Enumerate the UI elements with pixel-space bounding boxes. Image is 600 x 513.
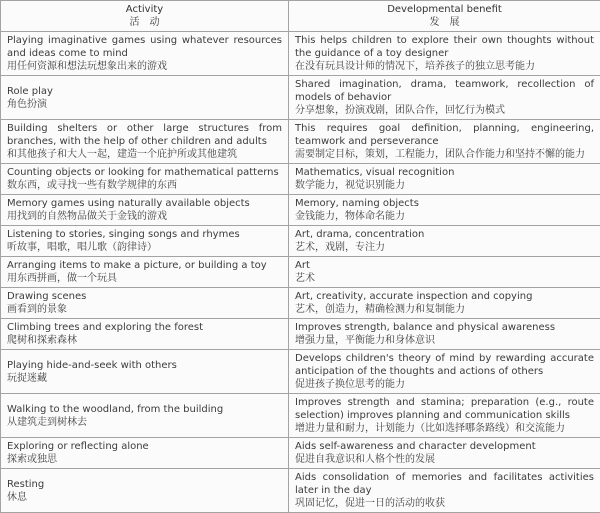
table-row: Listening to stories, singing songs and … xyxy=(1,226,600,257)
table-row: Drawing scenes 画看到的景象 Art, creativity, a… xyxy=(1,288,600,319)
table-row: Playing imaginative games using whatever… xyxy=(1,32,600,76)
benefit-text-zh: 艺术 xyxy=(295,272,594,285)
activity-text-zh: 用东西拼画，做一个玩具 xyxy=(7,272,282,285)
activity-cell: Playing imaginative games using whatever… xyxy=(1,32,289,76)
activity-text-en: Drawing scenes xyxy=(7,290,282,303)
table-row: Exploring or reflecting alone 探索或独思 Aids… xyxy=(1,438,600,469)
benefit-text-zh: 增进力量和耐力，计划能力（比如选择哪条路线）和交流能力 xyxy=(295,422,594,435)
benefit-text-en: Aids self-awareness and character develo… xyxy=(295,440,594,453)
activity-text-en: Role play xyxy=(7,85,282,98)
benefit-cell: This helps children to explore their own… xyxy=(289,32,600,76)
benefit-text-zh: 数学能力，视觉识别能力 xyxy=(295,179,594,192)
benefit-text-en: Art xyxy=(295,259,594,272)
benefit-text-zh: 艺术，戏剧，专注力 xyxy=(295,241,594,254)
table-row: Counting objects or looking for mathemat… xyxy=(1,164,600,195)
table-row: Walking to the woodland, from the buildi… xyxy=(1,394,600,438)
benefit-text-en: Aids consolidation of memories and facil… xyxy=(295,471,594,497)
activity-cell: Walking to the woodland, from the buildi… xyxy=(1,394,289,438)
activity-cell: Role play 角色扮演 xyxy=(1,76,289,120)
activity-benefit-table: Activity 活 动 Developmental benefit 发 展 P… xyxy=(0,0,600,513)
activity-header-en: Activity xyxy=(7,3,282,16)
activity-text-zh: 玩捉迷藏 xyxy=(7,372,282,385)
benefit-text-en: Art, drama, concentration xyxy=(295,228,594,241)
activity-text-en: Counting objects or looking for mathemat… xyxy=(7,166,282,179)
activity-cell: Counting objects or looking for mathemat… xyxy=(1,164,289,195)
activity-cell: Building shelters or other large structu… xyxy=(1,120,289,164)
activity-text-zh: 画看到的景象 xyxy=(7,303,282,316)
benefit-cell: This requires goal definition, planning,… xyxy=(289,120,600,164)
table-row: Memory games using naturally available o… xyxy=(1,195,600,226)
benefit-text-en: This requires goal definition, planning,… xyxy=(295,122,594,148)
benefit-text-en: This helps children to explore their own… xyxy=(295,34,594,60)
benefit-text-zh: 增强力量，平衡能力和身体意识 xyxy=(295,334,594,347)
benefit-text-en: Memory, naming objects xyxy=(295,197,594,210)
activity-text-en: Playing imaginative games using whatever… xyxy=(7,34,282,60)
activity-text-zh: 用任何资源和想法玩想象出来的游戏 xyxy=(7,60,282,73)
benefit-text-en: Improves strength, balance and physical … xyxy=(295,321,594,334)
table-row: Building shelters or other large structu… xyxy=(1,120,600,164)
activity-cell: Exploring or reflecting alone 探索或独思 xyxy=(1,438,289,469)
activity-text-en: Resting xyxy=(7,478,282,491)
benefit-text-en: Mathematics, visual recognition xyxy=(295,166,594,179)
activity-text-zh: 用找到的自然物品做关于金钱的游戏 xyxy=(7,210,282,223)
table-row: Role play 角色扮演 Shared imagination, drama… xyxy=(1,76,600,120)
activity-cell: Memory games using naturally available o… xyxy=(1,195,289,226)
activity-cell: Arranging items to make a picture, or bu… xyxy=(1,257,289,288)
benefit-text-zh: 需要制定目标，策划，工程能力，团队合作能力和坚持不懈的能力 xyxy=(295,148,594,161)
benefit-text-en: Improves strength and stamina; preparati… xyxy=(295,396,594,422)
activity-text-zh: 从建筑走到树林去 xyxy=(7,416,282,429)
benefit-text-zh: 艺术，创造力，精确检测力和复制能力 xyxy=(295,303,594,316)
benefit-header-en: Developmental benefit xyxy=(295,3,594,16)
activity-text-en: Arranging items to make a picture, or bu… xyxy=(7,259,282,272)
benefit-cell: Memory, naming objects 金钱能力，物体命名能力 xyxy=(289,195,600,226)
activity-text-zh: 数东西，或寻找一些有数学规律的东西 xyxy=(7,179,282,192)
activity-cell: Listening to stories, singing songs and … xyxy=(1,226,289,257)
activity-cell: Playing hide-and-seek with others 玩捉迷藏 xyxy=(1,350,289,394)
activity-text-en: Climbing trees and exploring the forest xyxy=(7,321,282,334)
benefit-text-en: Shared imagination, drama, teamwork, rec… xyxy=(295,78,594,104)
table-row: Arranging items to make a picture, or bu… xyxy=(1,257,600,288)
benefit-cell: Improves strength, balance and physical … xyxy=(289,319,600,350)
header-row: Activity 活 动 Developmental benefit 发 展 xyxy=(1,1,600,32)
benefit-cell: Shared imagination, drama, teamwork, rec… xyxy=(289,76,600,120)
activity-cell: Resting 休息 xyxy=(1,469,289,513)
activity-text-en: Listening to stories, singing songs and … xyxy=(7,228,282,241)
benefit-text-en: Develops children's theory of mind by re… xyxy=(295,352,594,378)
benefit-cell: Aids self-awareness and character develo… xyxy=(289,438,600,469)
table-row: Playing hide-and-seek with others 玩捉迷藏 D… xyxy=(1,350,600,394)
activity-text-en: Building shelters or other large structu… xyxy=(7,122,282,148)
activity-text-zh: 休息 xyxy=(7,491,282,504)
table-row: Resting 休息 Aids consolidation of memorie… xyxy=(1,469,600,513)
benefit-text-en: Art, creativity, accurate inspection and… xyxy=(295,290,594,303)
activity-cell: Climbing trees and exploring the forest … xyxy=(1,319,289,350)
benefit-text-zh: 在没有玩具设计师的情况下，培养孩子的独立思考能力 xyxy=(295,60,594,73)
benefit-cell: Improves strength and stamina; preparati… xyxy=(289,394,600,438)
benefit-cell: Art, drama, concentration 艺术，戏剧，专注力 xyxy=(289,226,600,257)
benefit-text-zh: 分享想象，扮演戏剧，团队合作，回忆行为模式 xyxy=(295,104,594,117)
benefit-text-zh: 促进孩子换位思考的能力 xyxy=(295,378,594,391)
activity-text-zh: 探索或独思 xyxy=(7,453,282,466)
benefit-text-zh: 促进自我意识和人格个性的发展 xyxy=(295,453,594,466)
benefit-cell: Aids consolidation of memories and facil… xyxy=(289,469,600,513)
activity-header-zh: 活 动 xyxy=(7,16,282,29)
benefit-header-zh: 发 展 xyxy=(295,16,594,29)
activity-text-en: Playing hide-and-seek with others xyxy=(7,359,282,372)
benefit-cell: Mathematics, visual recognition 数学能力，视觉识… xyxy=(289,164,600,195)
activity-text-zh: 角色扮演 xyxy=(7,98,282,111)
activity-text-zh: 听故事，唱歌，唱儿歌（韵律诗） xyxy=(7,241,282,254)
activity-text-en: Memory games using naturally available o… xyxy=(7,197,282,210)
benefit-cell: Art 艺术 xyxy=(289,257,600,288)
activity-text-zh: 和其他孩子和大人一起，建造一个庇护所或其他建筑 xyxy=(7,148,282,161)
column-header-benefit: Developmental benefit 发 展 xyxy=(289,1,600,32)
benefit-cell: Develops children's theory of mind by re… xyxy=(289,350,600,394)
activity-text-en: Walking to the woodland, from the buildi… xyxy=(7,403,282,416)
activity-cell: Drawing scenes 画看到的景象 xyxy=(1,288,289,319)
benefit-text-zh: 金钱能力，物体命名能力 xyxy=(295,210,594,223)
column-header-activity: Activity 活 动 xyxy=(1,1,289,32)
benefit-text-zh: 巩固记忆，促进一日的活动的收获 xyxy=(295,497,594,510)
benefit-cell: Art, creativity, accurate inspection and… xyxy=(289,288,600,319)
activity-text-zh: 爬树和探索森林 xyxy=(7,334,282,347)
activity-text-en: Exploring or reflecting alone xyxy=(7,440,282,453)
table-row: Climbing trees and exploring the forest … xyxy=(1,319,600,350)
